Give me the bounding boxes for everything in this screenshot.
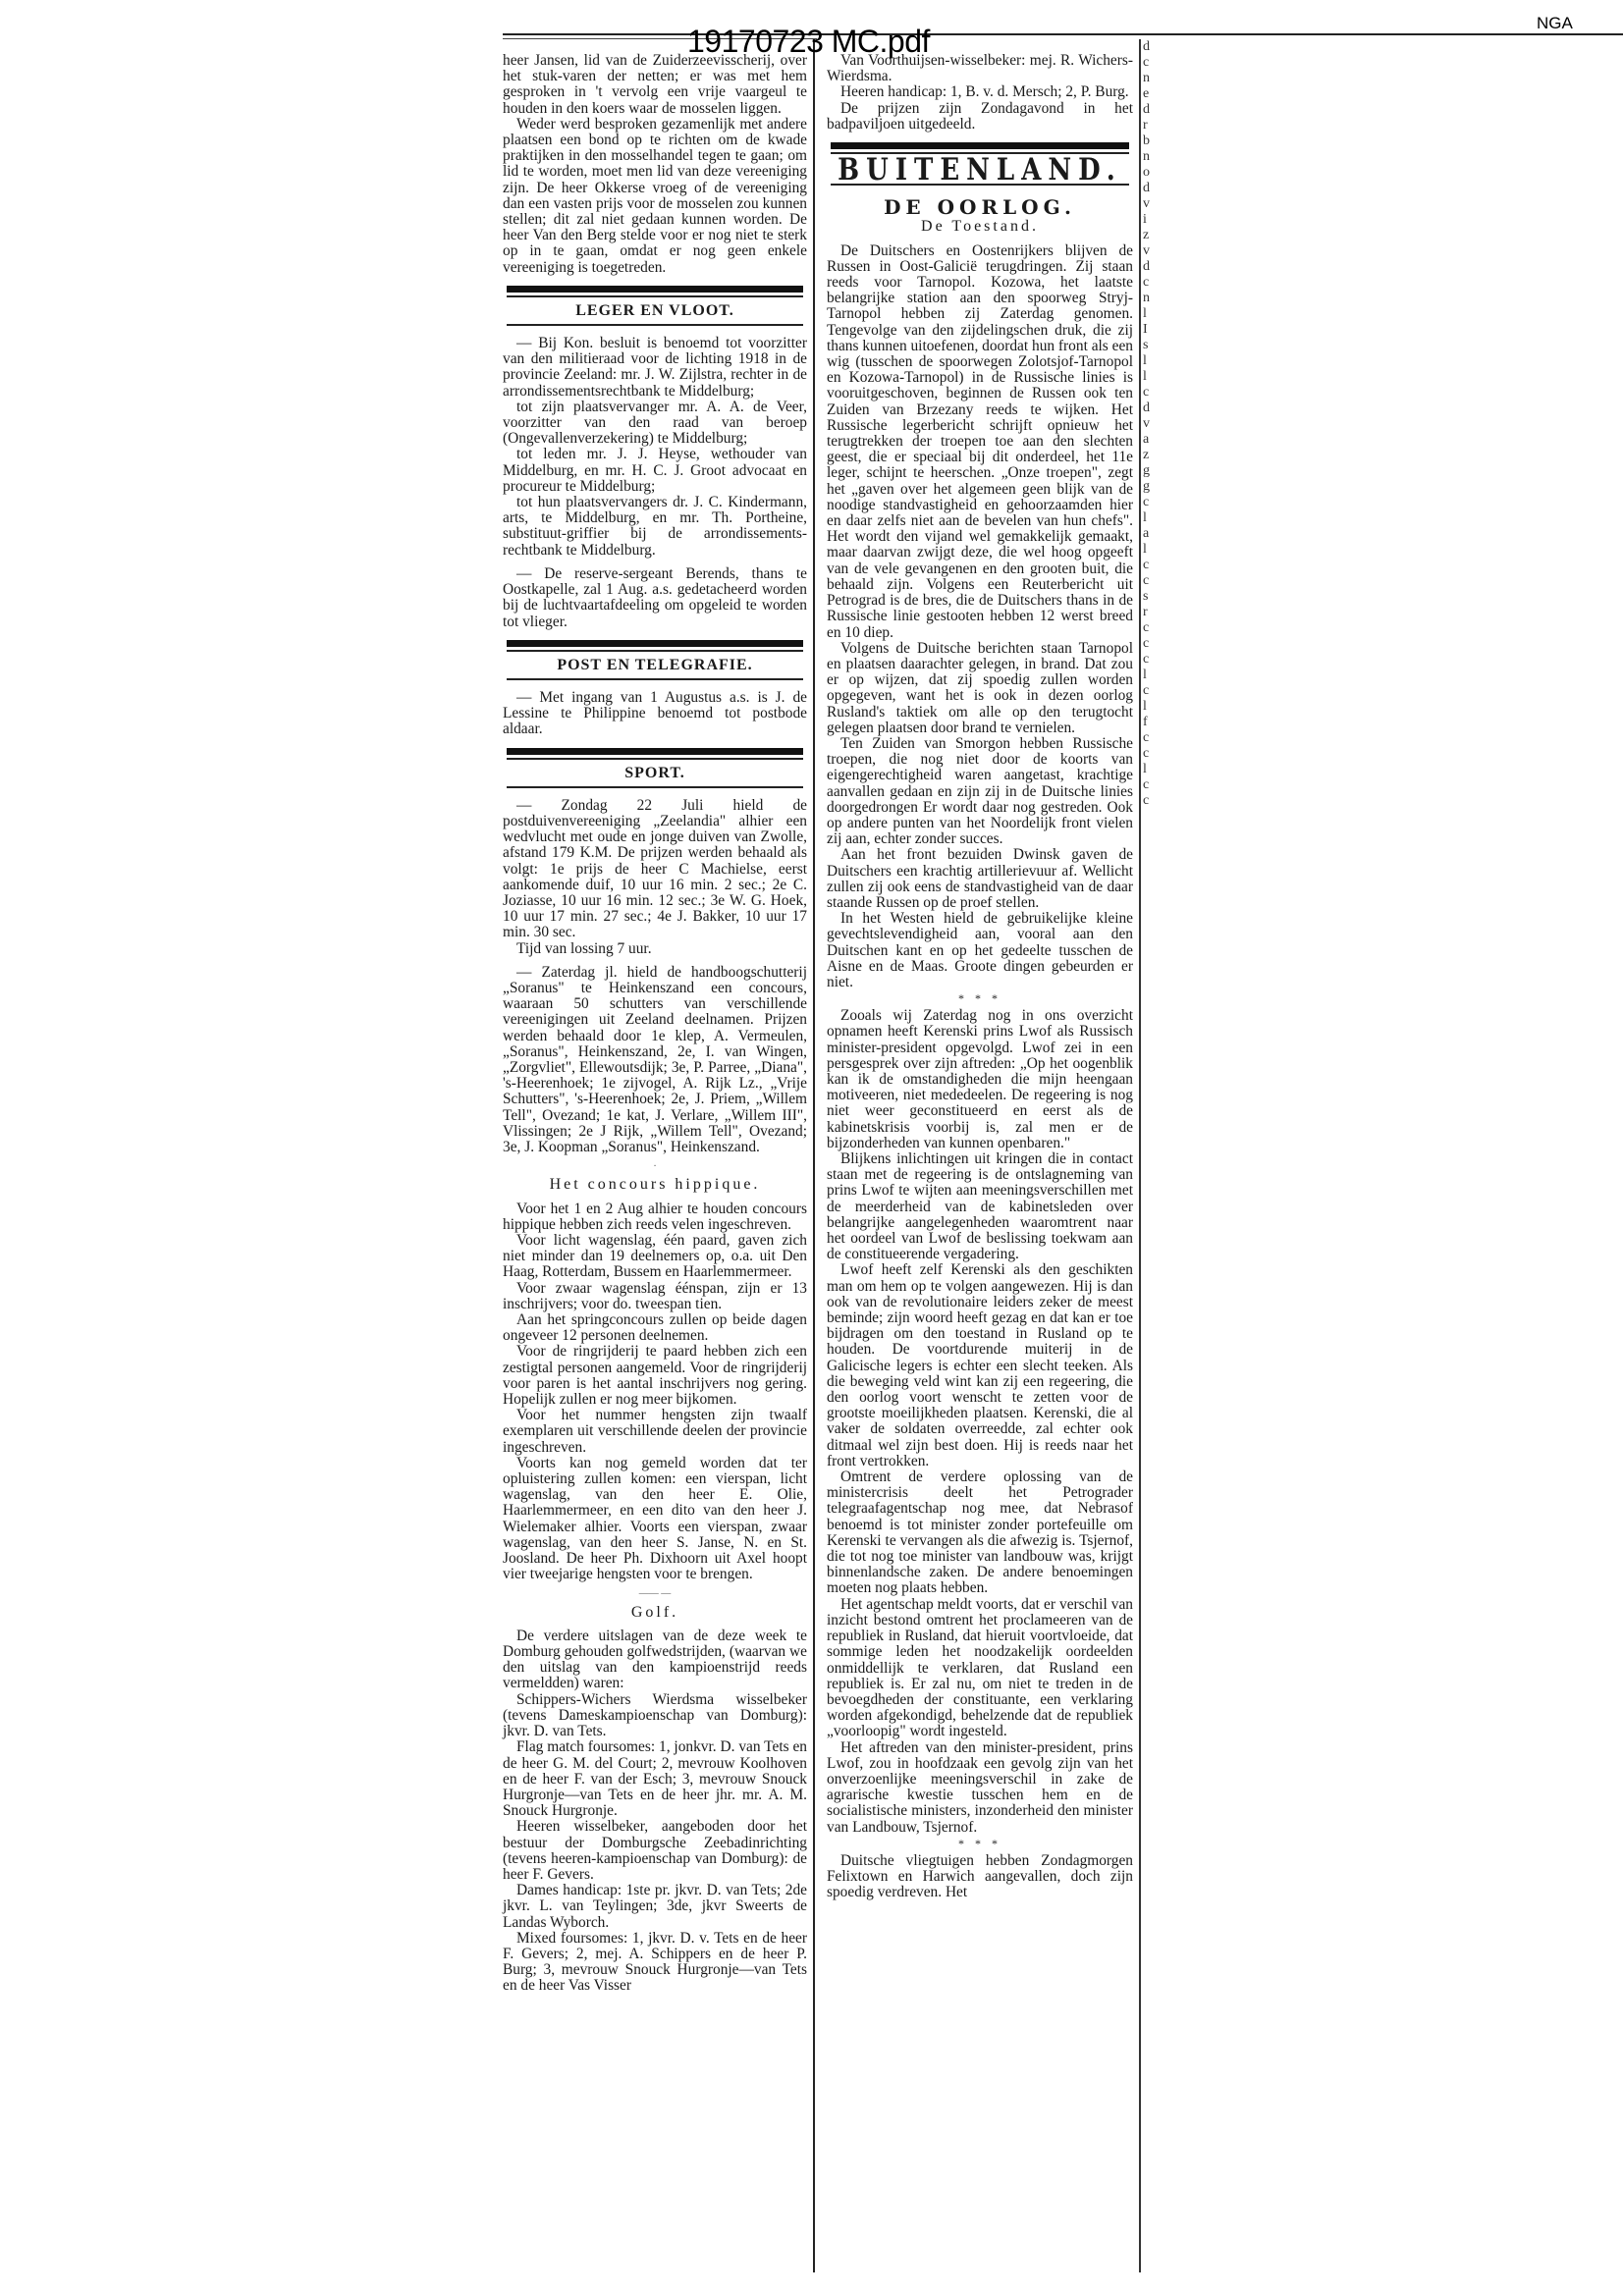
paragraph: De Duitschers en Oostenrijkers blijven d… xyxy=(827,243,1133,641)
paragraph: Zooals wij Zaterdag nog in ons overzicht… xyxy=(827,1008,1133,1151)
asterism: * * * xyxy=(827,1838,1133,1849)
clipped-next-column: d c n e d r b n o d v i z v d c n l I s … xyxy=(1143,39,1151,2272)
paragraph: — Met ingang van 1 Augustus a.s. is J. d… xyxy=(503,690,807,738)
subsection-title-golf: Golf. xyxy=(503,1605,807,1621)
asterism: * * * xyxy=(827,992,1133,1004)
corner-label: NGA xyxy=(1537,14,1573,33)
paragraph: — De reserve-sergeant Berends, thans te … xyxy=(503,566,807,630)
file-title: 19170723 MC.pdf xyxy=(687,26,930,57)
paragraph: Voor zwaar wagenslag éénspan, zijn er 13… xyxy=(503,1281,807,1312)
paragraph: Heeren wisselbeker, aangeboden door het … xyxy=(503,1819,807,1883)
paragraph: tot zijn plaatsvervanger mr. A. A. de Ve… xyxy=(503,400,807,448)
paragraph: Ten Zuiden van Smorgon hebben Russische … xyxy=(827,736,1133,847)
paragraph: Het agentschap meldt voorts, dat er vers… xyxy=(827,1597,1133,1740)
paragraph: Aan het springconcours zullen op beide d… xyxy=(503,1312,807,1344)
paragraph: tot leden mr. J. J. Heyse, wethouder van… xyxy=(503,447,807,495)
heading-rule xyxy=(507,324,803,326)
section-title: BUITENLAND. xyxy=(827,151,1133,187)
heading-rule xyxy=(507,748,803,755)
separator-dot: · xyxy=(503,1159,807,1175)
heading-rule xyxy=(507,786,803,788)
paragraph: heer Jansen, lid van de Zuiderzeevissche… xyxy=(503,53,807,117)
paragraph: Dames handicap: 1ste pr. jkvr. D. van Te… xyxy=(503,1883,807,1931)
paragraph: — Bij Kon. besluit is benoemd tot voorzi… xyxy=(503,336,807,400)
subsection-title-toestand: De Toestand. xyxy=(827,219,1133,235)
paragraph: tot hun plaatsvervangers dr. J. C. Kinde… xyxy=(503,495,807,559)
paragraph: Voor de ringrijderij te paard hebben zic… xyxy=(503,1344,807,1408)
paragraph: Aan het front bezuiden Dwinsk gaven de D… xyxy=(827,847,1133,911)
section-title: POST EN TELEGRAFIE. xyxy=(503,652,807,678)
paragraph: Schippers-Wichers Wierdsma wisselbeker (… xyxy=(503,1692,807,1740)
paragraph: Tijd van lossing 7 uur. xyxy=(503,941,807,957)
paragraph: Heeren handicap: 1, B. v. d. Mersch; 2, … xyxy=(827,84,1133,100)
column-divider xyxy=(813,39,815,2272)
separator-dash: —— — xyxy=(503,1586,807,1602)
war-heading: DE OORLOG. xyxy=(827,199,1133,215)
heading-rule xyxy=(507,678,803,680)
left-column: heer Jansen, lid van de Zuiderzeevissche… xyxy=(503,53,807,1995)
paragraph: Flag match foursomes: 1, jonkvr. D. van … xyxy=(503,1739,807,1819)
right-column: Van Voorthuijsen-wisselbeker: mej. R. Wi… xyxy=(827,53,1133,1900)
paragraph: — Zaterdag jl. hield de handboogschutter… xyxy=(503,965,807,1155)
paragraph: — Zondag 22 Juli hield de postduivenvere… xyxy=(503,798,807,941)
section-heading-sport: SPORT. xyxy=(503,748,807,788)
section-heading-buitenland: BUITENLAND. xyxy=(827,142,1133,186)
heading-rule xyxy=(507,640,803,647)
heading-rule xyxy=(507,286,803,293)
paragraph: In het Westen hield de gebruikelijke kle… xyxy=(827,911,1133,990)
paragraph: Het aftreden van den minister-president,… xyxy=(827,1740,1133,1836)
paragraph: Voor het 1 en 2 Aug alhier te houden con… xyxy=(503,1201,807,1233)
paragraph: Volgens de Duitsche berichten staan Tarn… xyxy=(827,641,1133,736)
paragraph: De verdere uitslagen van de deze week te… xyxy=(503,1629,807,1692)
subsection-title-concours-hippique: Het concours hippique. xyxy=(503,1177,807,1193)
paragraph: De prijzen zijn Zondagavond in het badpa… xyxy=(827,101,1133,133)
paragraph: Voor licht wagenslag, één paard, gaven z… xyxy=(503,1233,807,1281)
paragraph: Duitsche vliegtuigen hebben Zondagmorgen… xyxy=(827,1853,1133,1901)
paragraph: Omtrent de verdere oplossing van de mini… xyxy=(827,1469,1133,1597)
section-heading-post-en-telegrafie: POST EN TELEGRAFIE. xyxy=(503,640,807,680)
heading-rule xyxy=(831,142,1129,149)
top-rule xyxy=(503,33,1623,35)
paragraph: Voor het nummer hengsten zijn twaalf exe… xyxy=(503,1408,807,1456)
paragraph: Voorts kan nog gemeld worden dat ter opl… xyxy=(503,1456,807,1583)
paragraph: Weder werd besproken gezamenlijk met and… xyxy=(503,117,807,276)
section-title: SPORT. xyxy=(503,760,807,786)
section-heading-leger-en-vloot: LEGER EN VLOOT. xyxy=(503,286,807,326)
paragraph: Mixed foursomes: 1, jkvr. D. v. Tets en … xyxy=(503,1931,807,1995)
paragraph: Blijkens inlichtingen uit kringen die in… xyxy=(827,1151,1133,1262)
paragraph: Lwof heeft zelf Kerenski als den geschik… xyxy=(827,1262,1133,1469)
column-divider-right xyxy=(1139,39,1141,2272)
section-title: LEGER EN VLOOT. xyxy=(503,297,807,324)
